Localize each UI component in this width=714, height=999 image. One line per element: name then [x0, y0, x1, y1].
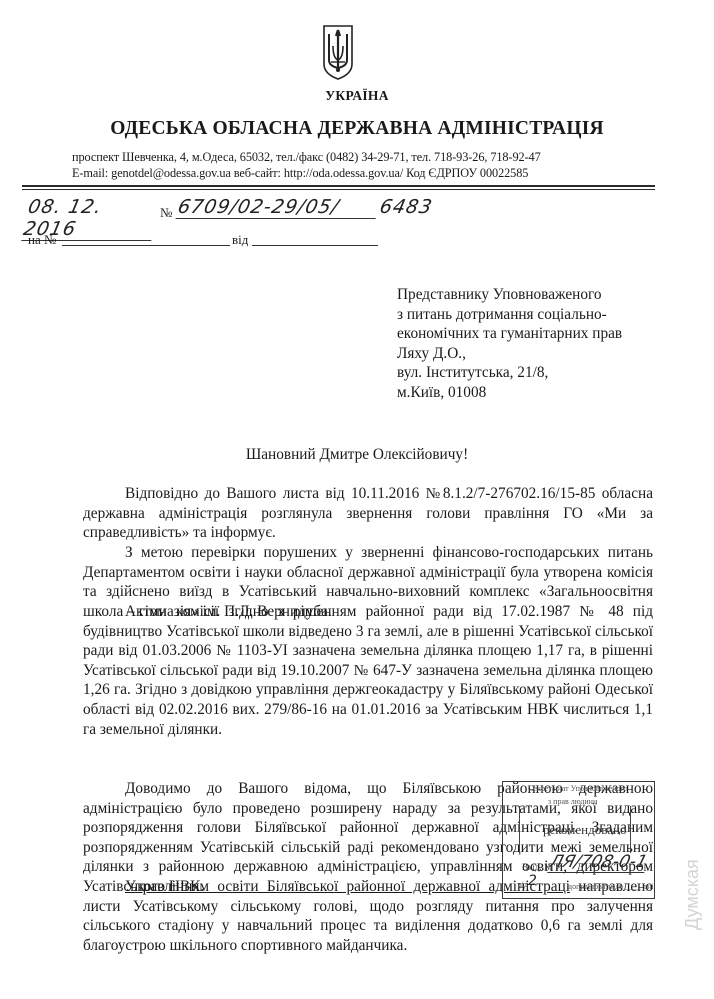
- outgoing-number-label: №: [160, 205, 172, 221]
- stamp-incoming-number: ЛЯ/708-0-1: [547, 852, 649, 873]
- source-watermark: Думская: [682, 859, 703, 930]
- letterhead-divider: [22, 185, 655, 187]
- trident-coat-of-arms-icon: [322, 24, 354, 80]
- addressee-block: Представнику Уповноваженого з питань дот…: [397, 285, 622, 403]
- organization-address: проспект Шевченка, 4, м.Одеса, 65032, те…: [72, 150, 672, 165]
- letterhead-divider-thin: [22, 189, 655, 190]
- outgoing-number-suffix: 6483: [378, 196, 435, 218]
- body-paragraph-3: Актом комісії згідно з рішенням районної…: [83, 602, 653, 739]
- stamp-from-label: від: [518, 880, 528, 889]
- stamp-received-note: рекомендовано: [543, 822, 626, 838]
- body-paragraph-1: Відповідно до Вашого листа від 10.11.201…: [83, 484, 653, 543]
- reply-to-label: на №: [28, 232, 56, 248]
- organization-contacts: E-mail: genotdel@odessa.gov.ua веб-сайт:…: [72, 166, 672, 181]
- reply-from-label: від: [232, 232, 248, 248]
- reply-from-date-blank: [252, 245, 378, 246]
- country-name: УКРАЇНА: [0, 88, 714, 104]
- stamp-deadline: допрацювати до ____ дні: [568, 882, 654, 891]
- stamp-subheader: з прав людини: [548, 797, 597, 806]
- organization-name: ОДЕСЬКА ОБЛАСНА ДЕРЖАВНА АДМІНІСТРАЦІЯ: [0, 118, 714, 140]
- stamp-from-value: 2: [528, 873, 537, 889]
- salutation: Шановний Дмитре Олексійовичу!: [0, 446, 714, 464]
- stamp-header: Секретаріат Уповноваженого: [528, 784, 628, 793]
- reply-to-number-blank: [62, 245, 230, 246]
- outgoing-number: 6709/02-29/05/: [176, 196, 381, 219]
